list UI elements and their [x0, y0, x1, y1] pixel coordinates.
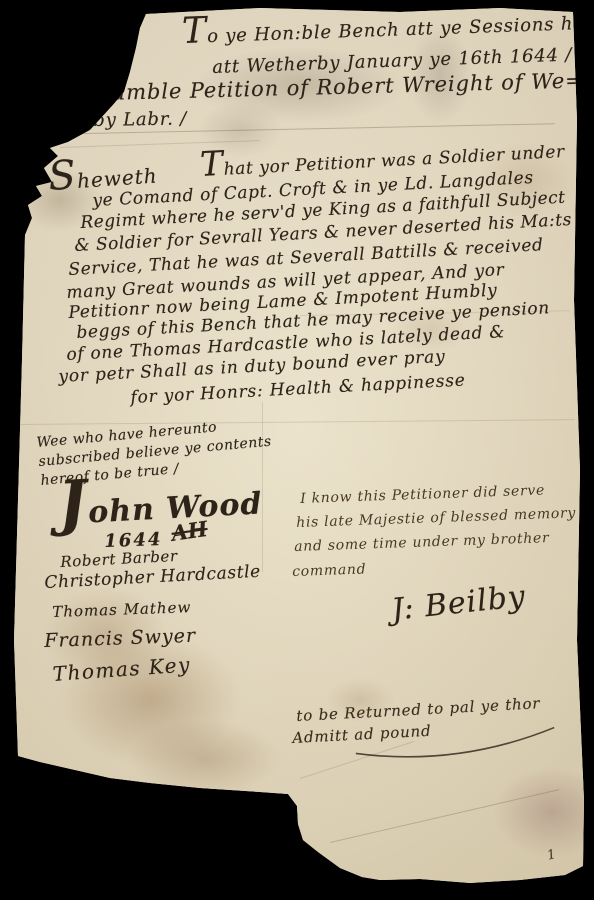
- fold-crease: [20, 419, 575, 425]
- signature-francis-swyer: Francis Swyer: [44, 626, 196, 652]
- endorsement-line-4: command: [292, 562, 367, 580]
- endorsement-line-2: his late Majestie of blessed memory: [296, 506, 576, 531]
- manuscript-paper: To ye Hon:ble Bench att ye Sessions hold…: [0, 0, 594, 900]
- fold-crease: [262, 402, 263, 572]
- fold-crease: [60, 140, 260, 148]
- endorsement-line-1: I know this Petitioner did serve: [300, 483, 545, 507]
- signature-john-wood: John Wood: [58, 487, 263, 531]
- endorsement-line-3: and some time under my brother: [294, 531, 550, 555]
- photograph-background: To ye Hon:ble Bench att ye Sessions hold…: [0, 0, 594, 900]
- signature-thomas-key: Thomas Key: [52, 653, 192, 685]
- heading-petition-title-continued: =therby Labr. /: [36, 109, 187, 131]
- folio-number: 1: [546, 848, 557, 864]
- signature-beilby: J: Beilby: [390, 580, 527, 627]
- heading-petition-title: The Humble Petition of Robert Wreight of…: [28, 69, 584, 107]
- order-note-line-1: to be Returned to pal ye thor: [296, 695, 541, 724]
- signature-monogram-mark: AH: [170, 517, 209, 545]
- heading-addressee: To ye Hon:ble Bench att ye Sessions hold…: [182, 12, 594, 47]
- signature-thomas-mathew: Thomas Mathew: [52, 599, 192, 620]
- fold-crease: [330, 789, 559, 843]
